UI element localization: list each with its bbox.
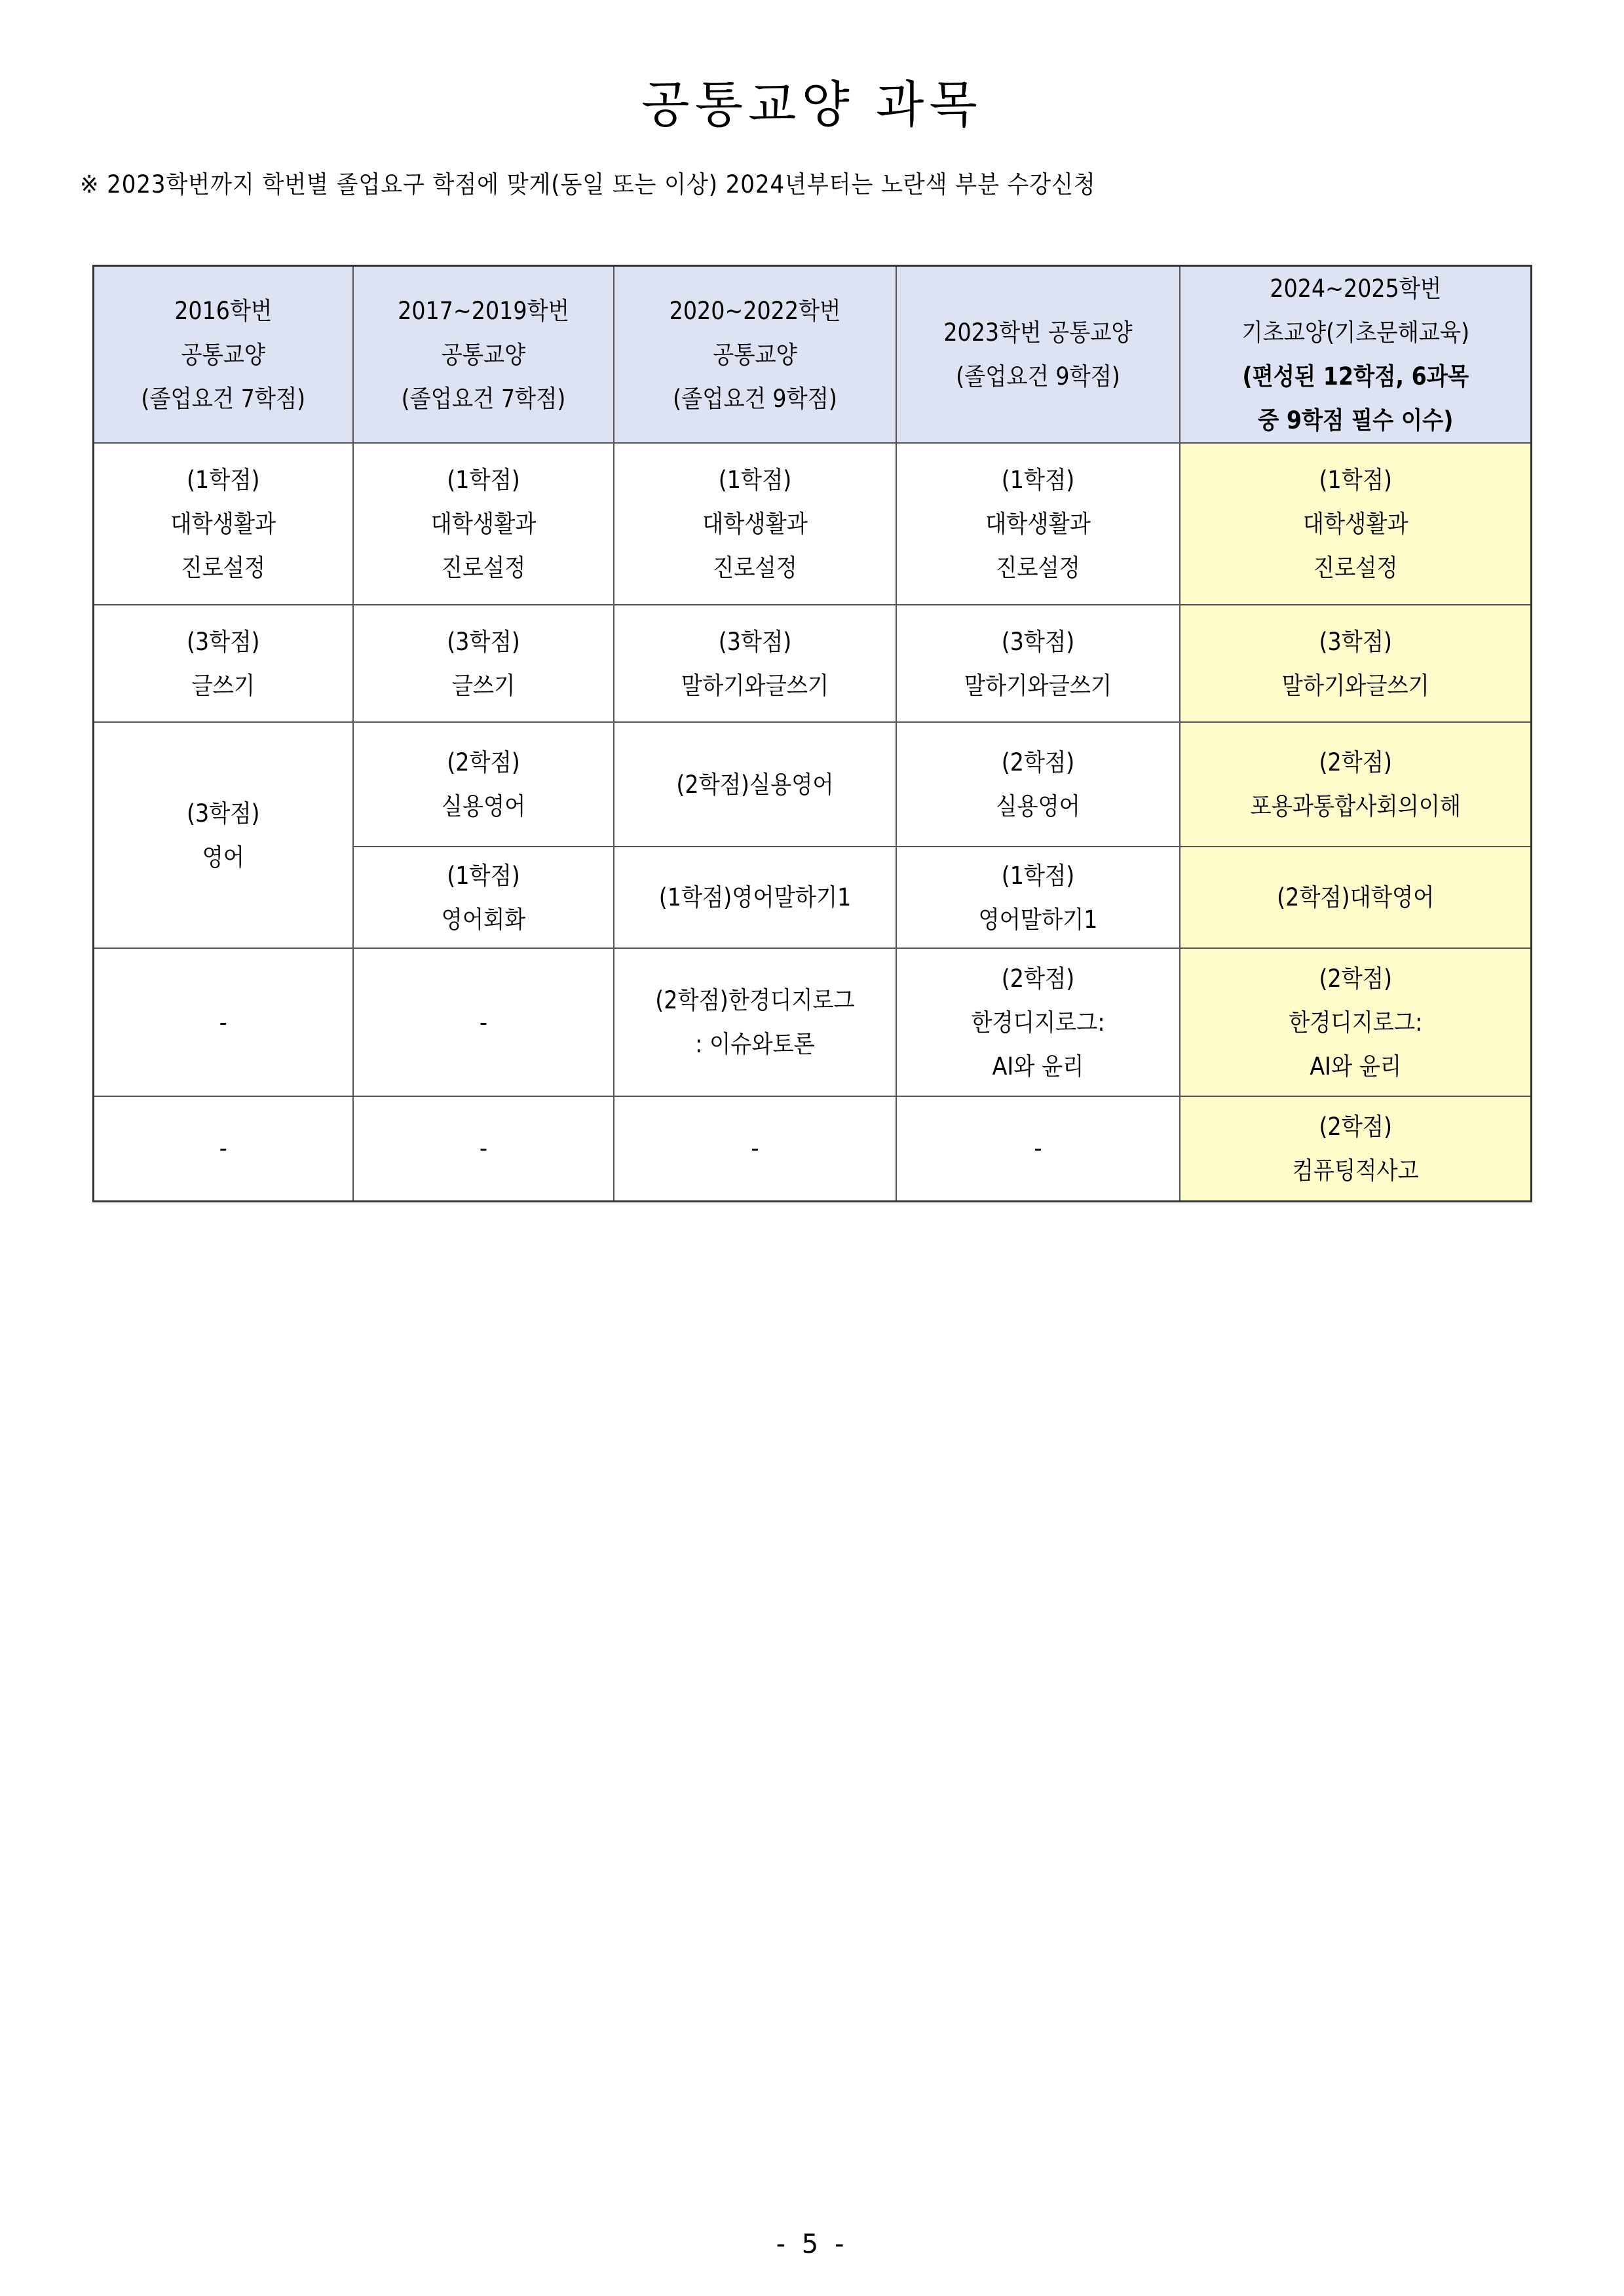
highlighted-cell: (2학점)대학영어 [1180,847,1532,948]
table-cell-english-merged: (3학점) 영어 [94,722,353,948]
table-cell: (1학점)영어말하기1 [614,847,896,948]
table-cell: - [94,1096,353,1201]
header-cell-2020-2022: 2020~2022학번 공통교양 (졸업요건 9학점) [614,266,896,444]
table-cell: - [94,948,353,1096]
table-row-career: (1학점) 대학생활과 진로설정 (1학점) 대학생활과 진로설정 (1학점) … [94,443,1532,605]
table-cell: - [896,1096,1180,1201]
table-cell: (1학점) 대학생활과 진로설정 [614,443,896,605]
table-cell: (3학점) 글쓰기 [94,605,353,722]
highlighted-cell: (2학점) 포용과통합사회의이해 [1180,722,1532,847]
highlighted-cell: (2학점) 한경디지로그: AI와 윤리 [1180,948,1532,1096]
table-cell: (1학점) 대학생활과 진로설정 [353,443,614,605]
table-row-english-a: (3학점) 영어 (2학점) 실용영어 (2학점)실용영어 (2학점) 실용영어… [94,722,1532,847]
header-cell-2016: 2016학번 공통교양 (졸업요건 7학점) [94,266,353,444]
table-row-digilog: - - (2학점)한경디지로그 : 이슈와토론 (2학점) 한경디지로그: AI… [94,948,1532,1096]
table-cell: - [353,1096,614,1201]
header-row: 2016학번 공통교양 (졸업요건 7학점) 2017~2019학번 공통교양 … [94,266,1532,444]
table-cell: (1학점) 대학생활과 진로설정 [896,443,1180,605]
table-cell: (3학점) 말하기와글쓰기 [896,605,1180,722]
table-cell: (3학점) 말하기와글쓰기 [614,605,896,722]
highlighted-cell: (1학점) 대학생활과 진로설정 [1180,443,1532,605]
table-cell: (1학점) 영어회화 [353,847,614,948]
header-cell-2017-2019: 2017~2019학번 공통교양 (졸업요건 7학점) [353,266,614,444]
table-row-writing: (3학점) 글쓰기 (3학점) 글쓰기 (3학점) 말하기와글쓰기 (3학점) … [94,605,1532,722]
table-cell: (2학점)한경디지로그 : 이슈와토론 [614,948,896,1096]
table-cell: (2학점)실용영어 [614,722,896,847]
header-cell-2023: 2023학번 공통교양 (졸업요건 9학점) [896,266,1180,444]
highlighted-cell: (2학점) 컴퓨팅적사고 [1180,1096,1532,1201]
table-cell: - [353,948,614,1096]
page-number: - 5 - [0,2225,1624,2264]
header-cell-2024-2025: 2024~2025학번 기초교양(기초문해교육) (편성된 12학점, 6과목 … [1180,266,1532,444]
enrollment-note: ※ 2023학번까지 학번별 졸업요구 학점에 맞게(동일 또는 이상) 202… [80,165,1096,204]
general-education-table: 2016학번 공통교양 (졸업요건 7학점) 2017~2019학번 공통교양 … [92,265,1532,1202]
table-cell: (2학점) 한경디지로그: AI와 윤리 [896,948,1180,1096]
table-cell: - [614,1096,896,1201]
table-cell: (2학점) 실용영어 [353,722,614,847]
page-title: 공통교양 과목 [0,66,1624,144]
table-cell: (1학점) 영어말하기1 [896,847,1180,948]
table-cell: (1학점) 대학생활과 진로설정 [94,443,353,605]
table-row-computing: - - - - (2학점) 컴퓨팅적사고 [94,1096,1532,1201]
table-cell: (2학점) 실용영어 [896,722,1180,847]
highlighted-cell: (3학점) 말하기와글쓰기 [1180,605,1532,722]
table-cell: (3학점) 글쓰기 [353,605,614,722]
